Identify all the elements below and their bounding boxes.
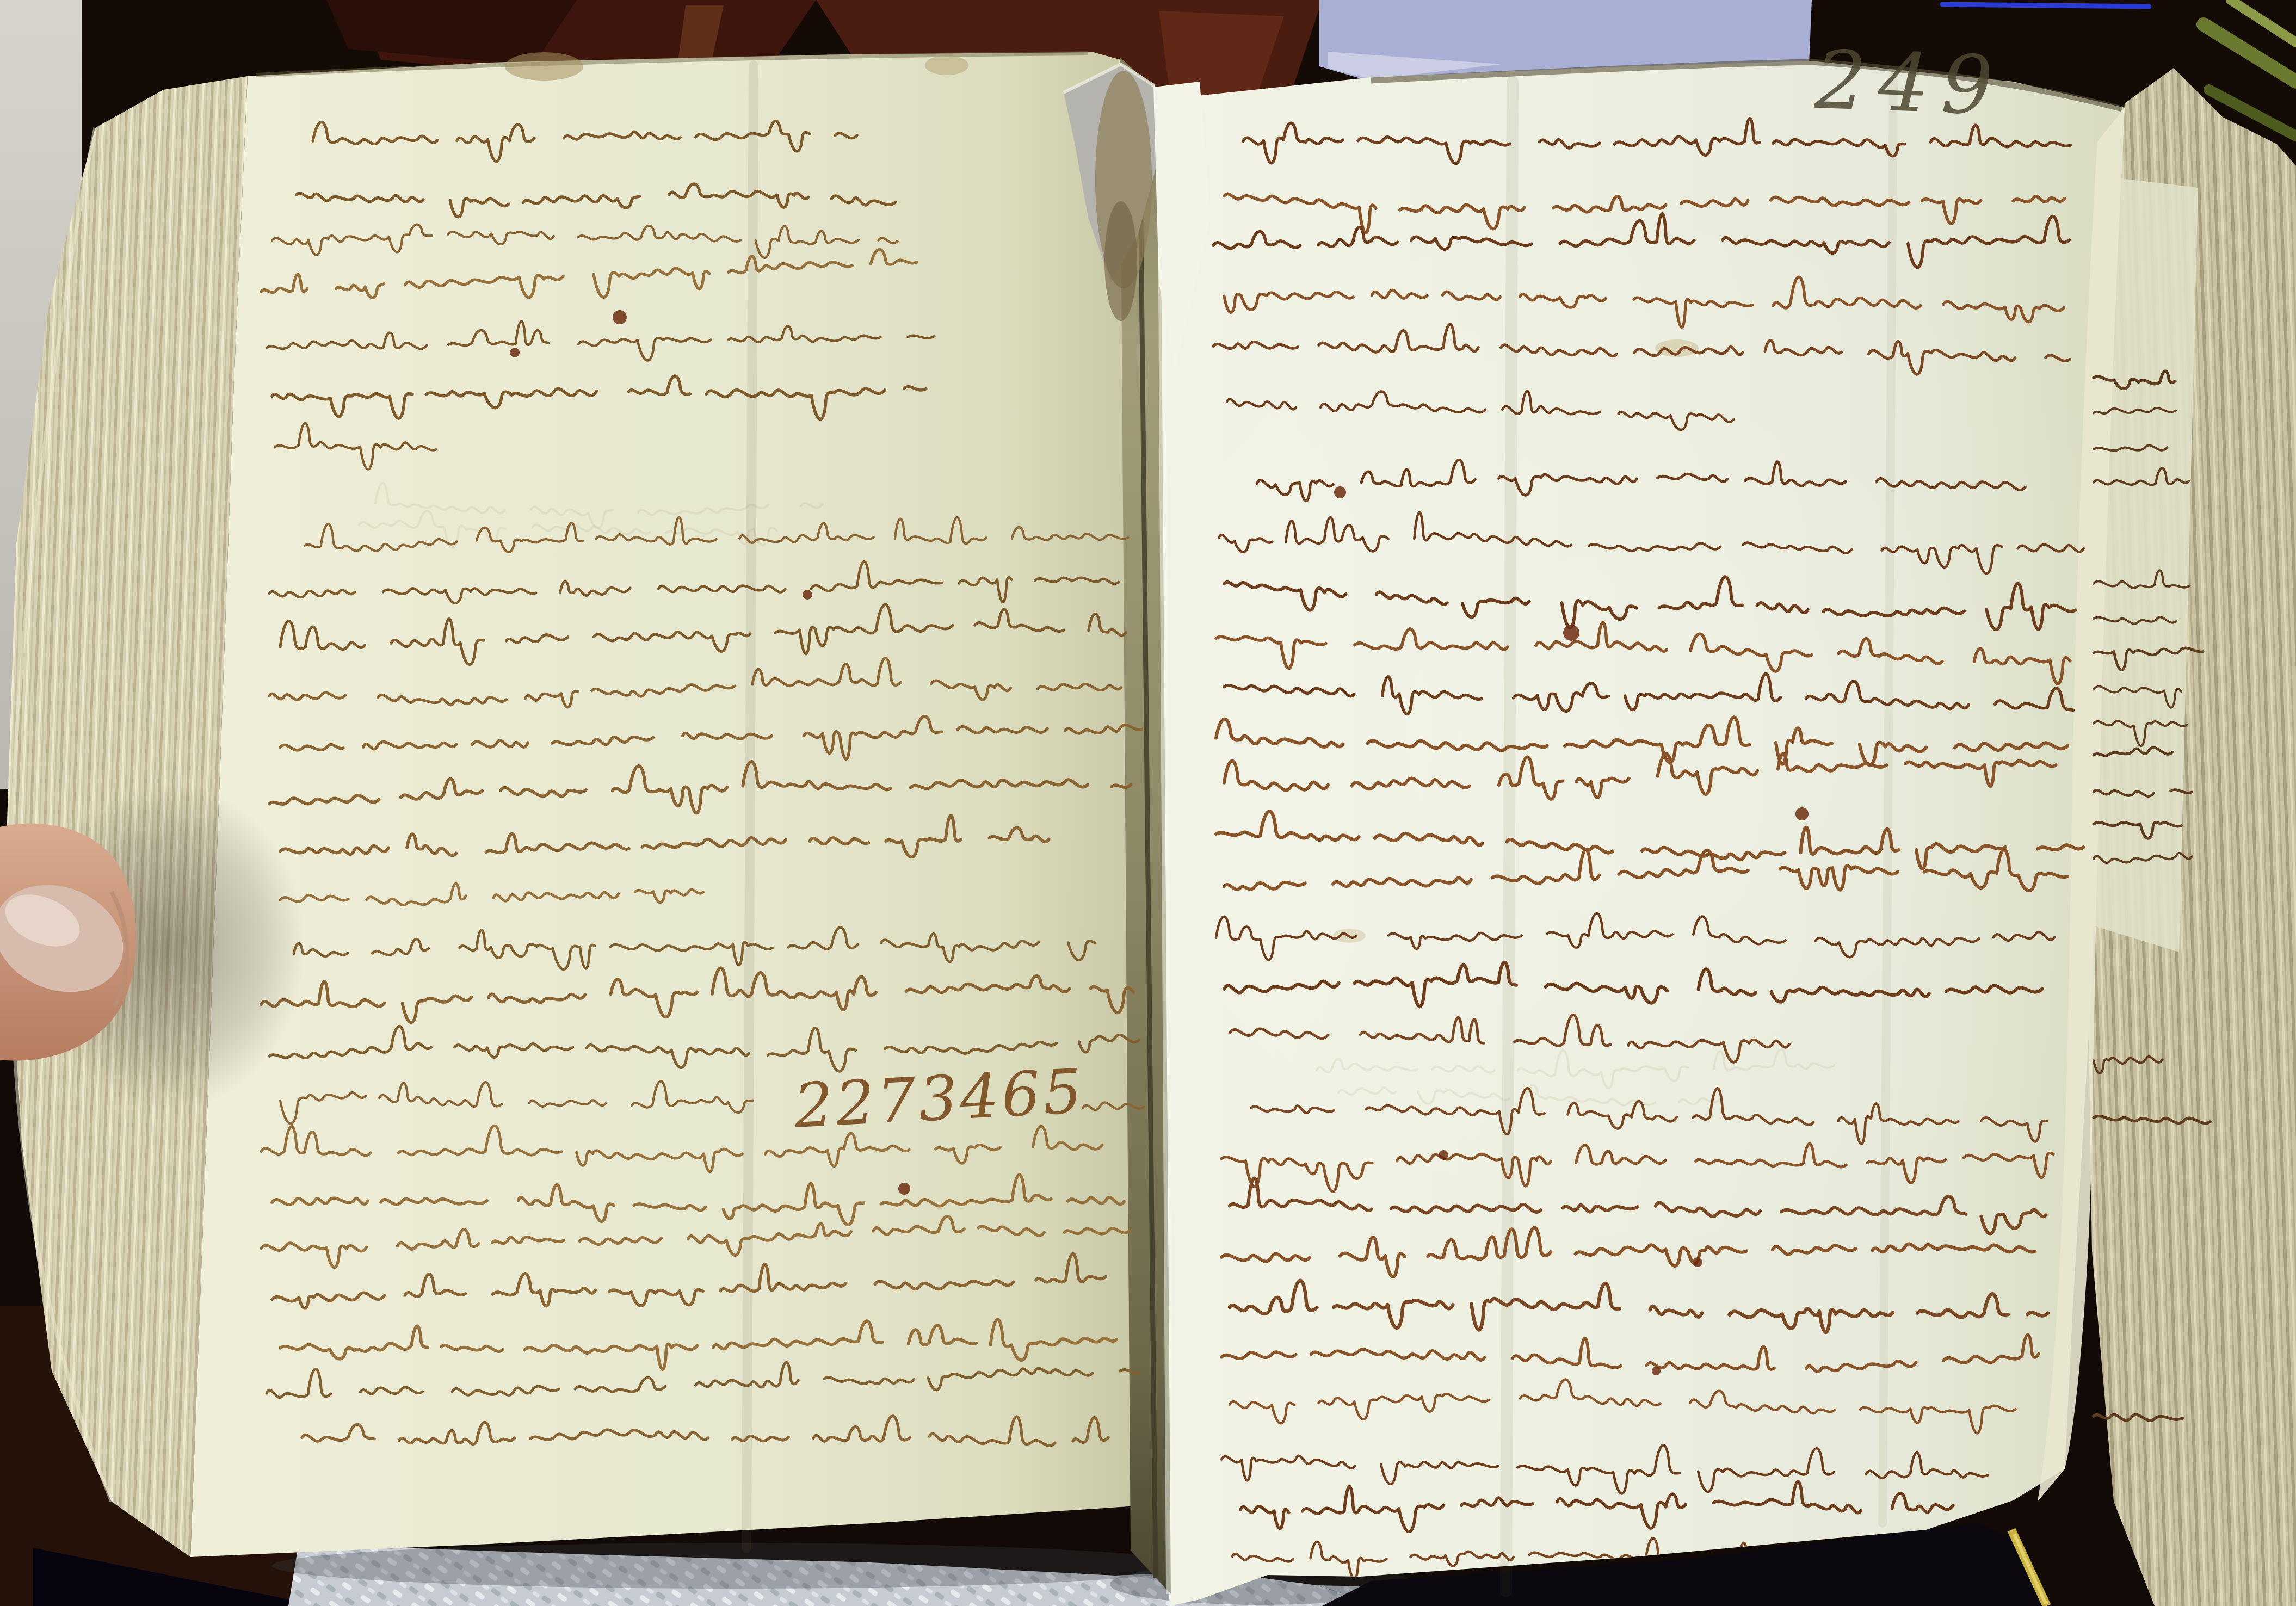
paper-stain xyxy=(1104,201,1137,321)
ink-blot xyxy=(1795,807,1809,820)
book-shadow xyxy=(272,1543,1197,1589)
ink-blot xyxy=(613,310,627,324)
manuscript-photo: 249 2273465 xyxy=(0,0,2296,1606)
page-number: 249 xyxy=(1813,33,2006,133)
ink-blot xyxy=(510,348,520,357)
paper-stain xyxy=(505,52,583,81)
ink-blot xyxy=(1334,486,1346,498)
ink-blot xyxy=(1439,1150,1448,1160)
paper-stain xyxy=(925,55,968,75)
ink-blot xyxy=(1563,625,1579,641)
ink-blot xyxy=(1652,1367,1661,1375)
ink-blot xyxy=(898,1183,910,1195)
ink-blot xyxy=(803,590,812,600)
ink-blot xyxy=(1693,1257,1702,1267)
blue-pen-streak xyxy=(1942,4,2149,7)
